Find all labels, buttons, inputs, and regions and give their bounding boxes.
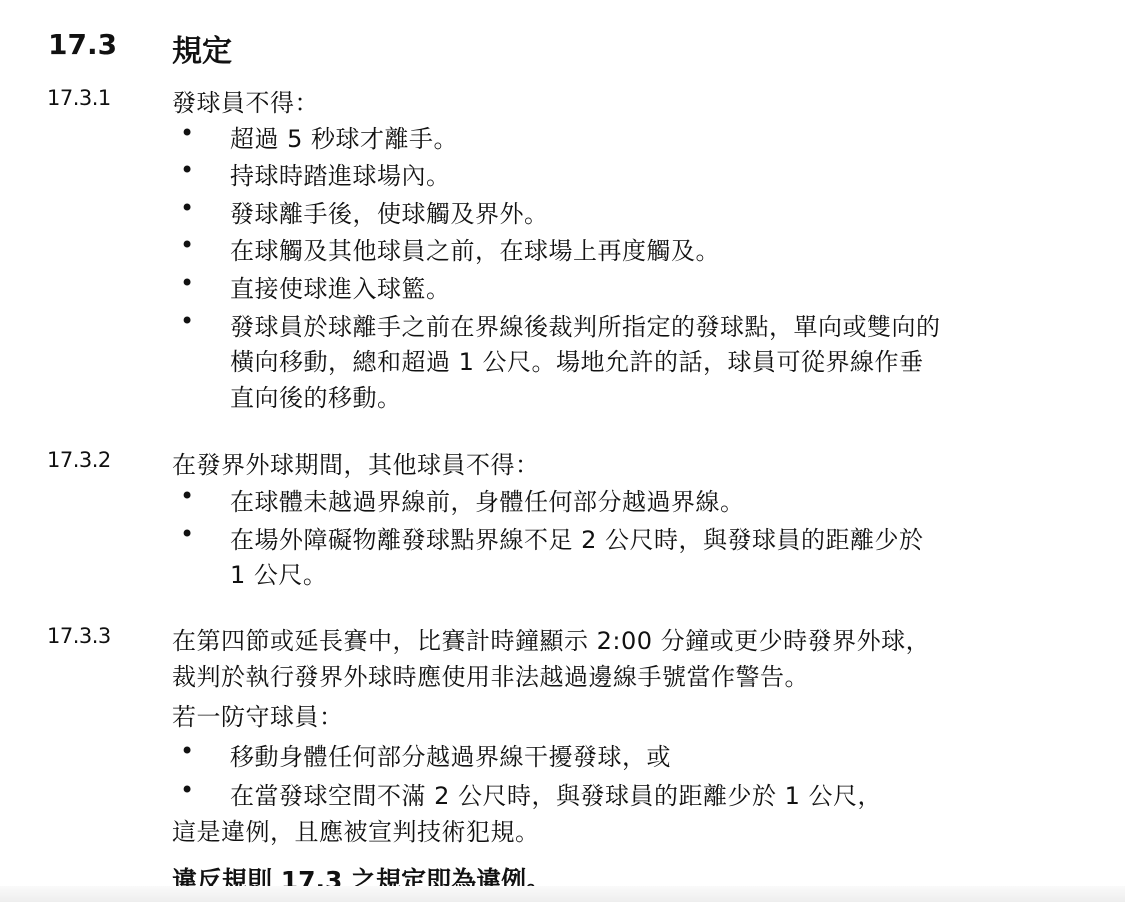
section-intro-line: 在第四節或延長賽中，比賽計時鐘顯示 2:00 分鐘或更少時發界外球， xyxy=(172,621,930,656)
list-item: 發球離手後，使球觸及界外。 xyxy=(230,194,549,229)
section-number: 17.3.3 xyxy=(47,624,111,648)
list-item: 在球體未越過界線前，身體任何部分越過界線。 xyxy=(230,482,745,517)
page-bottom-shadow xyxy=(0,886,1125,902)
bullet-icon: • xyxy=(180,776,194,804)
bullet-icon: • xyxy=(180,737,194,765)
list-item: 在當發球空間不滿 2 公尺時，與發球員的距離少於 1 公尺， xyxy=(230,776,882,811)
bullet-icon: • xyxy=(180,231,194,259)
list-item: 超過 5 秒球才離手。 xyxy=(230,119,458,154)
list-item-continuation: 直向後的移動。 xyxy=(230,378,402,413)
section-number: 17.3.1 xyxy=(47,86,111,110)
bullet-icon: • xyxy=(180,194,194,222)
section-sub-intro: 若一防守球員： xyxy=(172,697,344,732)
bullet-icon: • xyxy=(180,119,194,147)
bullet-icon: • xyxy=(180,307,194,335)
list-item: 移動身體任何部分越過界線干擾發球，或 xyxy=(230,737,671,772)
section-intro-line: 裁判於執行發界外球時應使用非法越過邊線手號當作警告。 xyxy=(172,657,809,692)
list-item: 直接使球進入球籃。 xyxy=(230,269,451,304)
bullet-icon: • xyxy=(180,269,194,297)
section-intro: 在發界外球期間，其他球員不得： xyxy=(172,445,540,480)
section-intro: 發球員不得： xyxy=(172,83,319,118)
list-item-continuation: 橫向移動，總和超過 1 公尺。場地允許的話，球員可從界線作垂 xyxy=(230,342,924,377)
list-item: 在場外障礙物離發球點界線不足 2 公尺時，與發球員的距離少於 xyxy=(230,520,924,555)
list-item: 在球觸及其他球員之前，在球場上再度觸及。 xyxy=(230,231,720,266)
heading-number: 17.3 xyxy=(48,28,117,61)
list-item: 持球時踏進球場內。 xyxy=(230,156,451,191)
section-number: 17.3.2 xyxy=(47,448,111,472)
section-conclusion: 這是違例，且應被宣判技術犯規。 xyxy=(172,812,540,847)
bullet-icon: • xyxy=(180,520,194,548)
bullet-icon: • xyxy=(180,156,194,184)
list-item: 發球員於球離手之前在界線後裁判所指定的發球點，單向或雙向的 xyxy=(230,307,941,342)
heading-title: 規定 xyxy=(172,26,232,70)
list-item-continuation: 1 公尺。 xyxy=(230,555,327,590)
bullet-icon: • xyxy=(180,482,194,510)
